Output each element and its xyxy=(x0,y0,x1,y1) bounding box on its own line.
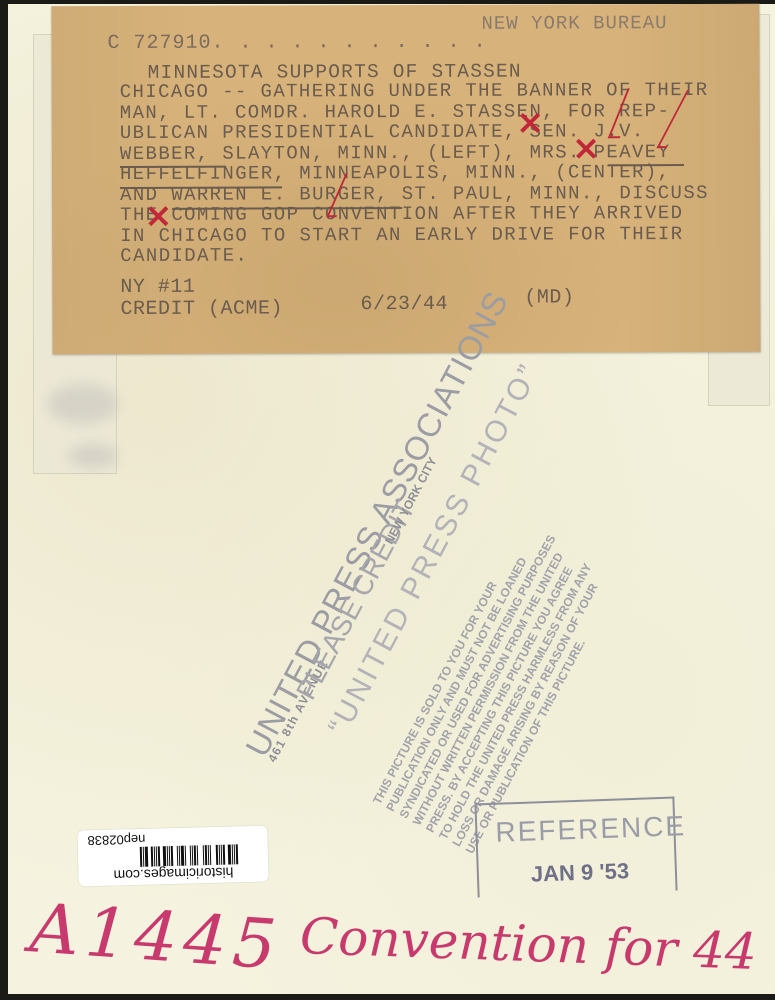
caption-line: CANDIDATE. xyxy=(120,244,709,267)
caption-line: CHICAGO -- GATHERING UNDER THE BANNER OF… xyxy=(120,80,709,103)
dot-leader: . . . . . . . . . . xyxy=(239,31,486,55)
smudge xyxy=(48,384,118,424)
photo-id: C 727910. xyxy=(107,32,224,55)
reference-label: REFERENCE xyxy=(495,810,687,849)
barcode-icon xyxy=(108,844,238,867)
news-caption-clipping: C 727910. . . . . . . . . . . NEW YORK B… xyxy=(51,4,760,354)
caption-line: IN CHICAGO TO START AN EARLY DRIVE FOR T… xyxy=(120,223,709,246)
credit-line: CREDIT (ACME) xyxy=(120,297,283,321)
reference-stamp: REFERENCE JAN 9 '53 xyxy=(474,797,677,898)
red-x-mark: × xyxy=(572,128,601,168)
caption-line: THE COMING GOP CONVENTION AFTER THEY ARR… xyxy=(120,203,709,226)
bureau: NEW YORK BUREAU xyxy=(481,12,667,35)
red-x-mark: × xyxy=(516,103,545,143)
underline-peavey xyxy=(608,164,684,166)
caption-date: 6/23/44 xyxy=(360,293,448,316)
initials: (MD) xyxy=(524,286,574,309)
smudge xyxy=(68,444,118,468)
ny-number: NY #11 xyxy=(120,276,195,299)
barcode-sticker: historicimages.com nep02838 xyxy=(77,826,268,887)
red-x-mark: × xyxy=(144,196,173,236)
reference-date: JAN 9 '53 xyxy=(530,858,629,887)
underline-webber xyxy=(120,166,226,168)
